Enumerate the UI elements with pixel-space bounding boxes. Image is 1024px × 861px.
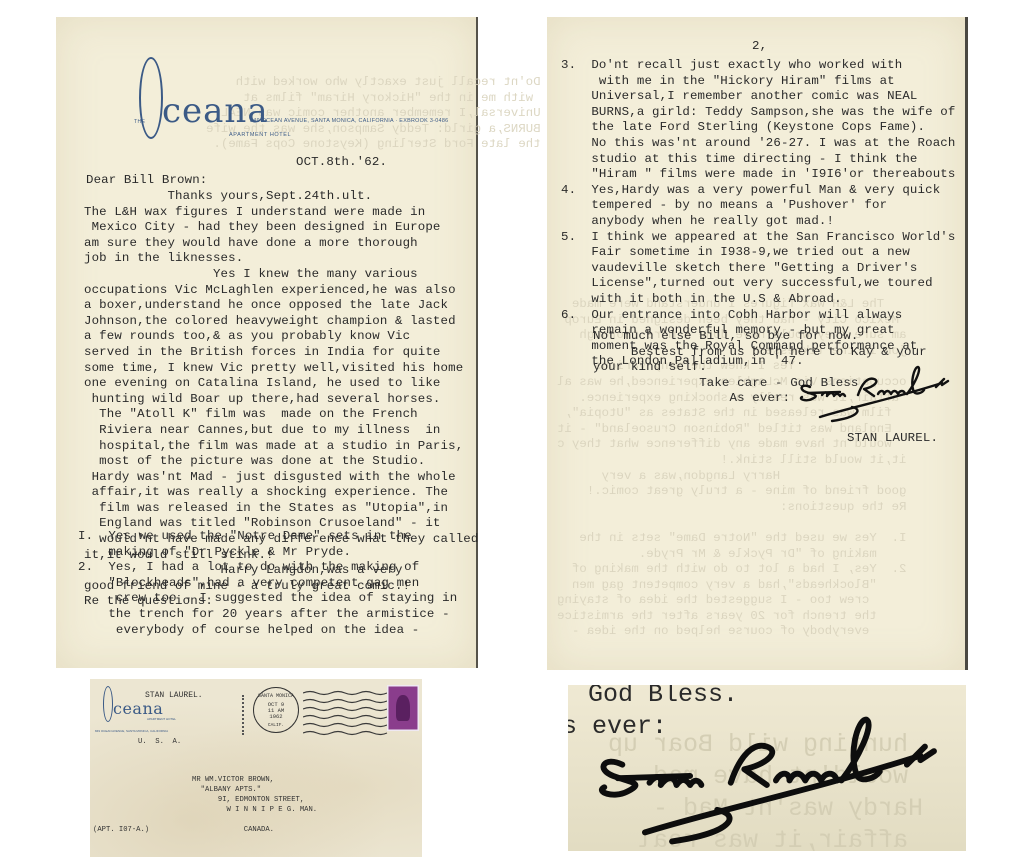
letterhead-address: 849 OCEAN AVENUE, SANTA MONICA, CALIFORN…	[250, 118, 448, 124]
letter-page-2: The L&H wax figures I understand were ma…	[547, 17, 968, 670]
signature-closeup: hunting wild Boar up would'nt have mad H…	[568, 685, 966, 851]
postmark: SANTA MONICA OCT 9 11 AM 1962 CALIF.	[253, 687, 299, 733]
envelope: ceana APARTMENT HOTEL 849 OCEAN AVENUE, …	[90, 679, 422, 857]
envelope-hotel-name: ceana	[113, 701, 163, 717]
postmark-bars	[242, 695, 246, 735]
letter-date: OCT.8th.'62.	[296, 155, 387, 171]
postmark-city: SANTA MONICA	[256, 693, 296, 699]
letterhead: THE ceana APARTMENT HOTEL	[134, 55, 394, 145]
letter-page-1: Do'nt recall just exactly who worked wit…	[56, 17, 478, 668]
question-answers: I. Yes we used the "Notre Dame" sets in …	[78, 529, 457, 638]
postage-stamp	[387, 685, 419, 731]
question-answers-continued: 3. Do'nt recall just exactly who worked …	[561, 58, 955, 370]
salutation: Dear Bill Brown:	[86, 173, 207, 189]
closeup-line-1: God Bless.	[588, 685, 738, 711]
typed-name: STAN LAUREL.	[847, 431, 938, 447]
letterhead-o-logo	[139, 57, 163, 139]
page-number: 2,	[752, 39, 767, 55]
postmark-state: CALIF.	[256, 723, 296, 729]
postmark-year: 1962	[256, 714, 296, 720]
envelope-sender: STAN LAUREL.	[145, 691, 203, 701]
letterhead-subtitle: APARTMENT HOTEL	[229, 132, 291, 138]
apartment-note: (APT. I07-A.)	[93, 825, 149, 835]
envelope-o-logo	[103, 686, 113, 722]
cancellation-lines	[303, 689, 393, 737]
envelope-country: U. S. A.	[138, 737, 181, 747]
envelope-hotel-address: 849 OCEAN AVENUE, SANTA MONICA, CALIFORN…	[95, 729, 168, 733]
signature	[792, 365, 957, 427]
recipient-address: MR WM.VICTOR BROWN, "ALBANY APTS." 9I, E…	[192, 775, 317, 835]
envelope-hotel-subtitle: APARTMENT HOTEL	[147, 717, 176, 721]
signature-large	[568, 715, 966, 851]
